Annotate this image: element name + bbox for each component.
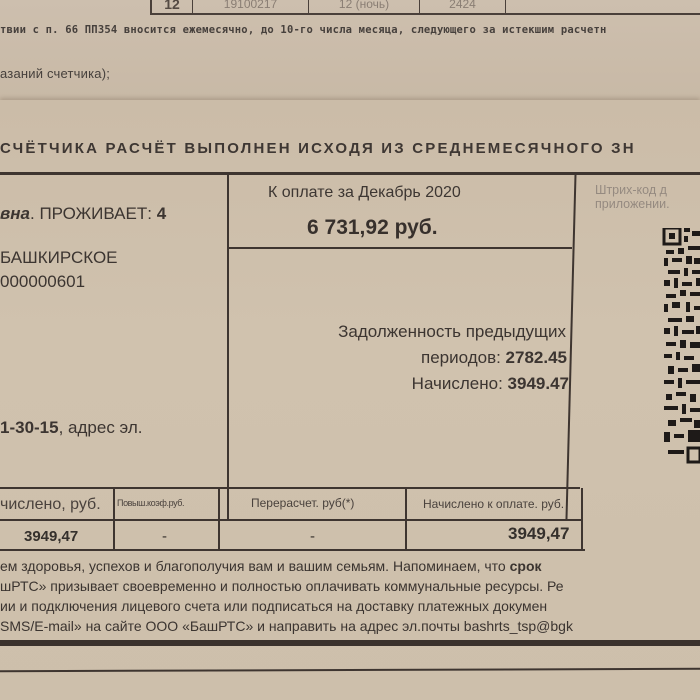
total-amount-due: 6 731,92 руб. xyxy=(307,216,438,240)
accrued-value: 3949.47 xyxy=(508,374,569,393)
accrued: Начислено: 3949.47 xyxy=(412,374,569,394)
customer-residents: вна. ПРОЖИВАЕТ: 4 xyxy=(0,204,166,224)
customer-contact: 1-30-15, адрес эл. xyxy=(0,418,143,438)
barcode-caption: Штрих-код д приложении. xyxy=(595,183,670,211)
cell-accrued: 3949,47 xyxy=(24,528,78,545)
cell-increased-coef: - xyxy=(162,528,167,545)
table-top-rule xyxy=(0,487,580,489)
header-to-pay: Начислено к оплате. руб. xyxy=(423,497,564,511)
payment-box-divider xyxy=(228,247,572,249)
barcode-caption-line2: приложении. xyxy=(595,197,670,211)
table-col-rule xyxy=(581,488,583,550)
meter-cell: 12 (ночь) xyxy=(309,0,420,13)
barcode-caption-line1: Штрих-код д xyxy=(595,183,670,197)
phone-fragment: 1-30-15 xyxy=(0,418,59,437)
previous-debt-label: Задолженность предыдущих xyxy=(338,322,566,342)
meter-readings-note: азаний счетчика); xyxy=(0,66,110,81)
accrued-label: Начислено: xyxy=(412,374,508,393)
greeting-note-line4: SMS/E-mail» на сайте ООО «БашРТС» и напр… xyxy=(0,618,573,634)
calculation-notice-headline: СЧЁТЧИКА РАСЧЁТ ВЫПОЛНЕН ИСХОДЯ ИЗ СРЕДН… xyxy=(0,140,636,157)
frame-top-rule xyxy=(0,172,700,175)
meter-cell xyxy=(506,0,700,13)
previous-debt-label-2: периодов: xyxy=(421,348,506,367)
greeting-note-line2: шРТС» призывает своевременно и полностью… xyxy=(0,578,564,594)
customer-locality: БАШКИРСКОЕ xyxy=(0,248,118,268)
table-col-rule xyxy=(218,488,220,550)
table-col-rule xyxy=(405,488,407,550)
payment-box-left-rule xyxy=(227,174,229,519)
residents-count: 4 xyxy=(157,204,166,223)
cell-to-pay: 3949,47 xyxy=(508,524,569,544)
email-label: , адрес эл. xyxy=(59,418,143,437)
greeting-note-line3: ии и подключения лицевого счета или подп… xyxy=(0,598,547,614)
cell-recalculation: - xyxy=(310,528,315,545)
previous-debt: периодов: 2782.45 xyxy=(421,348,567,368)
residents-label: . ПРОЖИВАЕТ: xyxy=(30,204,157,223)
meter-cell: 12 xyxy=(152,0,193,13)
previous-debt-value: 2782.45 xyxy=(506,348,567,367)
table-bottom-rule xyxy=(0,549,585,551)
cut-line-thick xyxy=(0,640,700,646)
table-col-rule xyxy=(113,488,115,550)
note-text: ем здоровья, успехов и благополучия вам … xyxy=(0,558,510,574)
table-mid-rule xyxy=(0,519,583,521)
account-number: 000000601 xyxy=(0,272,85,292)
note-emphasis: срок xyxy=(510,558,542,574)
previous-page-strip: 12 19100217 12 (ночь) 2424 твии с п. 66 … xyxy=(0,0,700,100)
header-recalculation: Перерасчет. руб(*) xyxy=(251,496,354,510)
meter-cell: 19100217 xyxy=(193,0,309,13)
qr-code-icon xyxy=(660,228,700,468)
greeting-note-line1: ем здоровья, успехов и благополучия вам … xyxy=(0,558,542,574)
payment-period-title: К оплате за Декабрь 2020 xyxy=(268,184,461,202)
header-increased-coef: Повыш.коэф.руб. xyxy=(117,498,184,508)
meter-readings-table-fragment: 12 19100217 12 (ночь) 2424 xyxy=(150,0,700,15)
customer-name-fragment: вна xyxy=(0,204,30,223)
header-accrued: числено, руб. xyxy=(0,496,101,514)
payment-deadline-note: твии с п. 66 ПП354 вносится ежемесячно, … xyxy=(0,24,607,36)
meter-cell: 2424 xyxy=(420,0,506,13)
